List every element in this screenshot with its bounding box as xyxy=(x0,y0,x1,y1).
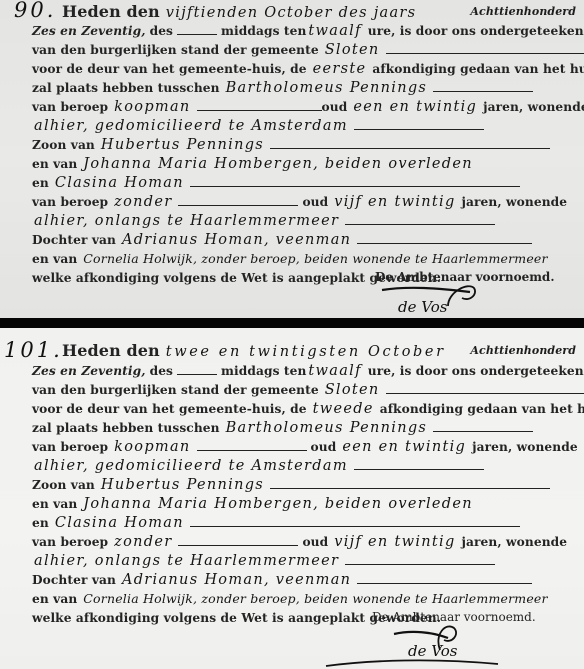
bride-father: Adrianus Homan, veenman xyxy=(120,232,353,248)
record-90: 90. Heden den vijftienden October des ja… xyxy=(0,0,584,318)
blank-line xyxy=(345,554,495,565)
bride-age: vijf en twintig xyxy=(332,194,457,210)
groom-residence: alhier, gedomicilieerd te Amsterdam xyxy=(32,458,350,474)
line-bride-father: Dochter van Adrianus Homan, veenman xyxy=(32,231,580,249)
blank-line xyxy=(177,24,217,35)
blank-line xyxy=(197,100,322,111)
entry-number: 90. xyxy=(14,0,56,22)
groom-residence: alhier, gedomicilieerd te Amsterdam xyxy=(32,118,350,134)
afkondiging-number: eerste xyxy=(311,61,369,77)
date-written: vijftienden October des jaars xyxy=(164,5,419,21)
groom-name: Bartholomeus Pennings xyxy=(224,420,430,436)
line-bride-occupation: van beroep zonder oud vijf en twintig ja… xyxy=(32,533,580,551)
groom-occupation: koopman xyxy=(112,99,192,115)
line-bride-father: Dochter van Adrianus Homan, veenman xyxy=(32,571,580,589)
year-suffix: Zes en Zeventig, xyxy=(32,24,146,38)
line-bride-mother: en van Cornelia Holwijk, zonder beroep, … xyxy=(32,250,580,268)
blank-line xyxy=(178,195,298,206)
blank-line xyxy=(357,573,532,584)
blank-line xyxy=(177,364,217,375)
bride-residence: alhier, onlangs te Haarlemmermeer xyxy=(32,553,341,569)
line-groom-occupation: van beroep koopman oud een en twintig ja… xyxy=(32,98,580,116)
record-101: 101. Heden den twee en twintigsten Octob… xyxy=(0,328,584,669)
groom-age: een en twintig xyxy=(340,439,468,455)
page-divider xyxy=(0,318,584,328)
bride-mother: Cornelia Holwijk, zonder beroep, beiden … xyxy=(81,251,549,266)
line-gemeente: van den burgerlijken stand der gemeente … xyxy=(32,41,580,59)
groom-age: een en twintig xyxy=(351,99,479,115)
line-bride-residence: alhier, onlangs te Haarlemmermeer xyxy=(32,552,580,570)
gemeente-written: Sloten xyxy=(323,42,382,58)
blank-line xyxy=(190,176,520,187)
line-afkondiging: voor de deur van het gemeente-huis, de t… xyxy=(32,400,580,418)
line-groom-residence: alhier, gedomicilieerd te Amsterdam xyxy=(32,117,580,135)
line-bride-occupation: van beroep zonder oud vijf en twintig ja… xyxy=(32,193,580,211)
blank-line xyxy=(354,459,484,470)
line-middags: Zes en Zeventig, des middags tentwaalf u… xyxy=(32,22,580,40)
line-groom-father: Zoon van Hubertus Pennings xyxy=(32,476,580,494)
line-bride-mother: en van Cornelia Holwijk, zonder beroep, … xyxy=(32,590,580,608)
bride-occupation: zonder xyxy=(112,534,174,550)
gemeente-written: Sloten xyxy=(323,382,382,398)
line-gemeente: van den burgerlijken stand der gemeente … xyxy=(32,381,580,399)
date-written: twee en twintigsten October xyxy=(164,344,448,360)
heden-label: Heden den xyxy=(62,341,160,360)
line-groom-occupation: van beroep koopman oud een en twintig ja… xyxy=(32,438,580,456)
heden-label: Heden den xyxy=(62,2,160,21)
blank-line xyxy=(386,43,584,54)
blank-line xyxy=(354,119,484,130)
line-groom: zal plaats hebben tusschen Bartholomeus … xyxy=(32,79,580,97)
groom-father: Hubertus Pennings xyxy=(99,477,266,493)
groom-father: Hubertus Pennings xyxy=(99,137,266,153)
blank-line xyxy=(270,138,550,149)
bride-mother: Cornelia Holwijk, zonder beroep, beiden … xyxy=(81,591,549,606)
signature-de-vos: de Vos xyxy=(322,620,502,668)
line-bride-residence: alhier, onlangs te Haarlemmermeer xyxy=(32,212,580,230)
year-suffix: Zes en Zeventig, xyxy=(32,364,146,378)
blank-line xyxy=(433,81,533,92)
year-printed: Achttienhonderd xyxy=(470,3,576,21)
blank-line xyxy=(345,214,495,225)
bride-name: Clasina Homan xyxy=(53,515,186,531)
bride-residence: alhier, onlangs te Haarlemmermeer xyxy=(32,213,341,229)
line-heden: Heden den vijftienden October des jaars … xyxy=(62,3,582,21)
groom-mother: Johanna Maria Hombergen, beiden overlede… xyxy=(81,496,475,512)
blank-line xyxy=(197,440,307,451)
line-groom-mother: en van Johanna Maria Hombergen, beiden o… xyxy=(32,495,580,513)
svg-text:de Vos: de Vos xyxy=(398,298,448,316)
hour-written: twaalf xyxy=(306,363,363,379)
blank-line xyxy=(357,233,532,244)
year-printed: Achttienhonderd xyxy=(470,342,576,360)
groom-occupation: koopman xyxy=(112,439,192,455)
bride-occupation: zonder xyxy=(112,194,174,210)
svg-text:de Vos: de Vos xyxy=(408,642,458,660)
hour-written: twaalf xyxy=(306,23,363,39)
line-groom-residence: alhier, gedomicilieerd te Amsterdam xyxy=(32,457,580,475)
line-afkondiging: voor de deur van het gemeente-huis, de e… xyxy=(32,60,580,78)
line-heden: Heden den twee en twintigsten October Ac… xyxy=(62,342,582,360)
line-groom-father: Zoon van Hubertus Pennings xyxy=(32,136,580,154)
line-bride: en Clasina Homan xyxy=(32,514,580,532)
blank-line xyxy=(270,478,550,489)
bride-father: Adrianus Homan, veenman xyxy=(120,572,353,588)
bride-name: Clasina Homan xyxy=(53,175,186,191)
blank-line xyxy=(190,516,520,527)
line-bride: en Clasina Homan xyxy=(32,174,580,192)
signature-de-vos: de Vos xyxy=(378,280,488,318)
line-middags: Zes en Zeventig, des middags tentwaalf u… xyxy=(32,362,580,380)
line-groom-mother: en van Johanna Maria Hombergen, beiden o… xyxy=(32,155,580,173)
bride-age: vijf en twintig xyxy=(332,534,457,550)
entry-number: 101. xyxy=(4,338,63,362)
blank-line xyxy=(433,421,533,432)
afkondiging-number: tweede xyxy=(311,401,376,417)
groom-mother: Johanna Maria Hombergen, beiden overlede… xyxy=(81,156,475,172)
blank-line xyxy=(178,535,298,546)
groom-name: Bartholomeus Pennings xyxy=(224,80,430,96)
blank-line xyxy=(386,383,584,394)
line-groom: zal plaats hebben tusschen Bartholomeus … xyxy=(32,419,580,437)
